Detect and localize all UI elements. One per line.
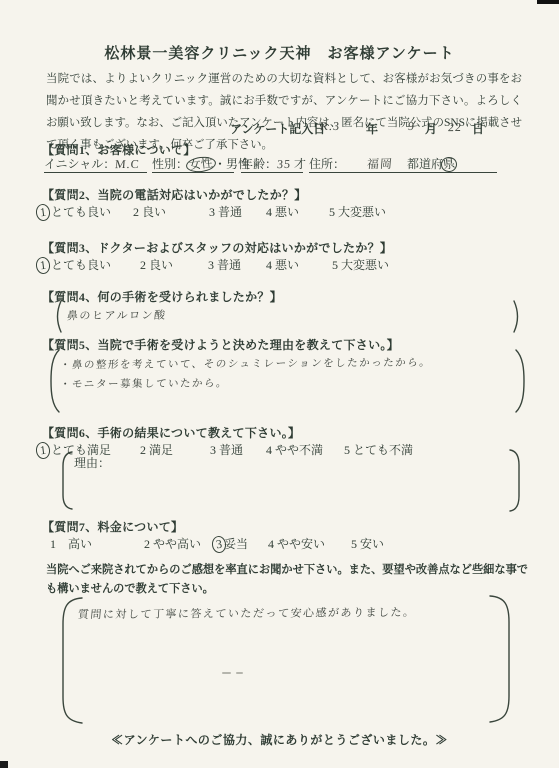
q1-gender-selected: 女性 <box>188 156 214 173</box>
q2-options-row: 1 とても良い 2 良い 3 普通 4 悪い 5 大変悪い <box>0 203 559 221</box>
selection-circle-gender: 女性 <box>185 155 217 174</box>
selection-circle-prefecture: 県 <box>440 156 458 173</box>
q7-options-row: 1 高い 2 やや高い 3妥当 4 やや安い 5 安い <box>0 535 559 553</box>
q1-initial-value: M.C <box>115 157 141 172</box>
q5-answer-line2: ・モニター募集していたから。 <box>59 375 228 391</box>
date-day-value: 22 <box>447 120 462 135</box>
q4-left-bracket <box>52 300 63 333</box>
date-year-unit: 年 <box>366 120 378 137</box>
q6-reason-left-bracket <box>58 451 74 510</box>
q1-age-value: 35 <box>276 157 291 172</box>
date-month-unit: 月 <box>425 120 437 137</box>
q7-option-5: 5 安い <box>351 535 384 552</box>
q1-age-unit: 才 <box>294 157 306 171</box>
q6-option-2: 2 満足 <box>140 441 173 458</box>
q6-reason-label: 理由： <box>74 454 110 471</box>
feedback-answer: 質問に対して丁寧に答えていただって安心感がありました。 <box>77 604 416 622</box>
q1-age-label: 年齢： <box>241 157 277 171</box>
scanned-survey-form: 松林景一美容クリニック天神 お客様アンケート 当院では、よりよいクリニック運営の… <box>0 0 559 768</box>
feedback-prompt: 当院へご来院されてからのご感想を率直にお聞かせ下さい。また、要望や改善点など些細… <box>46 561 528 599</box>
q3-options-row: 1 とても良い 2 良い 3 普通 4 悪い 5 大変悪い <box>0 256 559 274</box>
q3-option-3: 3 普通 <box>208 256 241 273</box>
scan-edge-mark-bottom-left <box>0 761 8 768</box>
date-label: アンケート記入日 <box>230 120 325 137</box>
q5-right-bracket <box>514 349 526 413</box>
q5-heading: 【質問5、当院で手術を受けようと決めた理由を教えて下さい。】 <box>42 336 399 353</box>
q2-option-3: 3 普通 <box>209 203 242 220</box>
scan-edge-mark-top-right <box>537 0 559 4</box>
q6-reason-right-bracket <box>508 449 524 512</box>
q1-address-field: 住所：福岡都道府県 <box>309 155 497 173</box>
q7-option-3: 3妥当 <box>214 535 248 552</box>
q3-option-2: 2 良い <box>140 256 173 273</box>
q6-option-4: 4 やや不満 <box>266 441 323 458</box>
q1-address-label: 住所： <box>309 157 345 171</box>
date-day-unit: 日 <box>472 120 484 137</box>
date-year-value: R.3 <box>319 119 340 134</box>
selection-circle-q3: 1 <box>35 256 51 275</box>
q4-answer: 鼻のヒアルロン酸 <box>66 307 167 324</box>
page-title: 松林景一美容クリニック天神 お客様アンケート <box>0 42 559 63</box>
q2-option-2: 2 良い <box>133 203 166 220</box>
q5-answer-line1: ・鼻の整形を考えていて、そのシュミレーションをしたかったから。 <box>59 355 432 373</box>
q3-option-1: 1 とても良い <box>38 256 111 273</box>
date-line: アンケート記入日 R.3 年 9 月 22 日 <box>0 120 559 138</box>
q1-gender-label: 性別： <box>152 157 188 171</box>
q6-heading: 【質問6、手術の結果について教えて下さい。】 <box>42 424 300 441</box>
q2-option-4: 4 悪い <box>266 203 299 220</box>
q2-heading: 【質問2、当院の電話対応はいかがでしたか？】 <box>42 186 307 203</box>
q7-option-1: 1 高い <box>50 535 92 552</box>
scan-smudge-1 <box>222 672 231 674</box>
feedback-right-bracket <box>488 595 516 723</box>
selection-circle-q2: 1 <box>35 203 51 222</box>
q7-option-2: 2 やや高い <box>144 535 201 552</box>
scan-smudge-2 <box>236 672 243 674</box>
q3-option-5: 5 大変悪い <box>332 256 389 273</box>
q4-heading: 【質問4、何の手術を受けられましたか？】 <box>42 288 282 305</box>
q1-gender-field: 性別：女性・男性 <box>152 155 234 173</box>
q3-option-4: 4 悪い <box>266 256 299 273</box>
q1-address-suffix: 都道府 <box>407 157 443 171</box>
q6-option-3: 3 普通 <box>210 441 243 458</box>
q1-address-suffix-tail: 県 <box>442 156 456 171</box>
q6-option-5: 5 とても不満 <box>344 441 413 458</box>
selection-circle-q6: 1 <box>35 441 51 460</box>
date-month-value: 9 <box>407 119 415 134</box>
q4-right-bracket <box>512 300 523 333</box>
footer-thanks: ≪アンケートへのご協力、誠にありがとうございました。≫ <box>0 731 559 748</box>
q7-option-4: 4 やや安い <box>268 535 325 552</box>
q7-heading: 【質問7、料金について】 <box>42 518 183 535</box>
q1-age-field: 年齢：35才 <box>241 155 303 173</box>
q1-initial-label: イニシャル： <box>44 157 115 171</box>
q3-heading: 【質問3、ドクターおよびスタッフの対応はいかがでしたか？】 <box>42 239 392 256</box>
q1-address-value: 福岡 <box>366 155 393 172</box>
q2-option-1: 1 とても良い <box>38 203 111 220</box>
q1-initial-field: イニシャル：M.C <box>44 155 147 173</box>
q2-option-5: 5 大変悪い <box>329 203 386 220</box>
